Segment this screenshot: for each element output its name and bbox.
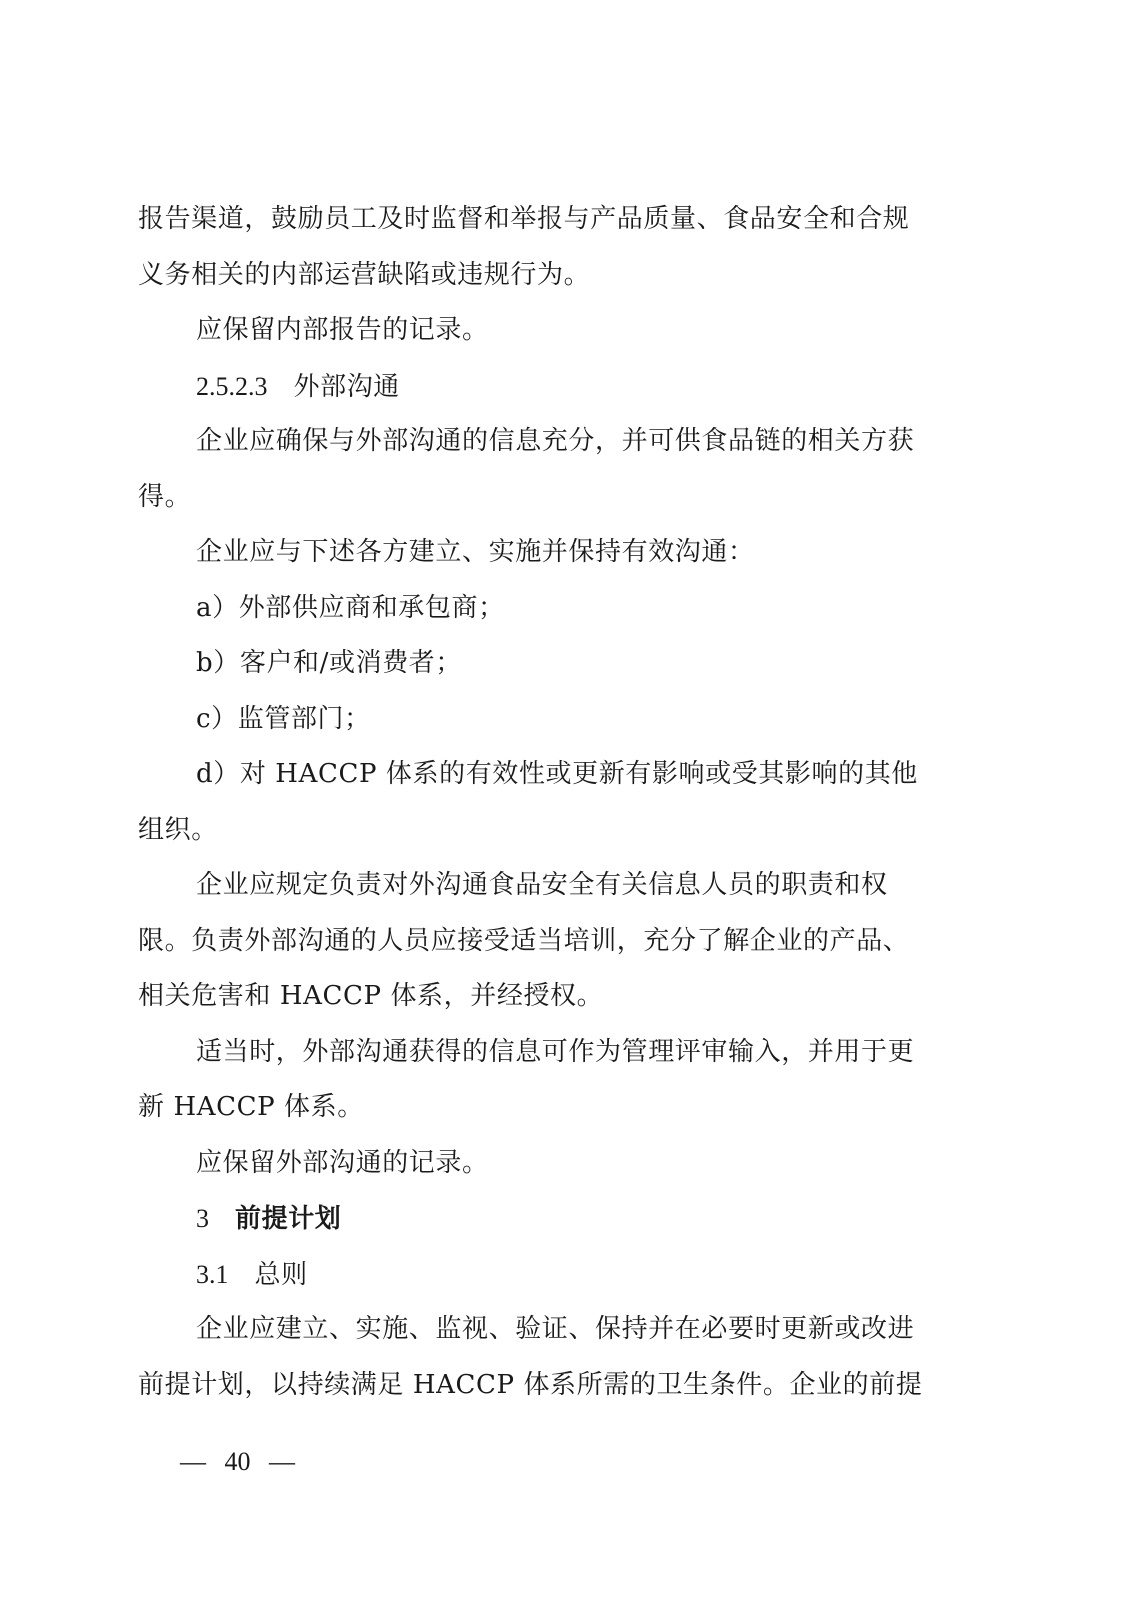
paragraph-line: 企业应与下述各方建立、实施并保持有效沟通： bbox=[138, 525, 972, 581]
paragraph-line: 报告渠道，鼓励员工及时监督和举报与产品质量、食品安全和合规 bbox=[138, 192, 972, 248]
list-item-b: b）客户和/或消费者； bbox=[138, 636, 972, 692]
paragraph-line: 应保留外部沟通的记录。 bbox=[138, 1136, 972, 1192]
section-number: 3.1 bbox=[196, 1260, 229, 1289]
page-footer: — 40 — bbox=[168, 1447, 307, 1477]
page-number: 40 bbox=[225, 1447, 251, 1476]
paragraph-line: 得。 bbox=[138, 470, 972, 526]
section-number: 2.5.2.3 bbox=[196, 372, 268, 401]
section-title: 外部沟通 bbox=[294, 372, 400, 402]
paragraph-line: 组织。 bbox=[138, 803, 972, 859]
paragraph-line: 相关危害和 HACCP 体系，并经授权。 bbox=[138, 969, 972, 1025]
list-item-a: a）外部供应商和承包商； bbox=[138, 581, 972, 637]
list-item-d: d）对 HACCP 体系的有效性或更新有影响或受其影响的其他 bbox=[138, 747, 972, 803]
section-title: 前提计划 bbox=[235, 1204, 341, 1234]
section-heading-3: 3前提计划 bbox=[138, 1191, 972, 1247]
paragraph-line: 应保留内部报告的记录。 bbox=[138, 303, 972, 359]
section-heading-3-1: 3.1总则 bbox=[138, 1247, 972, 1303]
footer-dash-left: — bbox=[180, 1447, 206, 1477]
section-number: 3 bbox=[196, 1204, 209, 1233]
paragraph-line: 新 HACCP 体系。 bbox=[138, 1080, 972, 1136]
section-heading-2-5-2-3: 2.5.2.3外部沟通 bbox=[138, 359, 972, 415]
paragraph-line: 限。负责外部沟通的人员应接受适当培训，充分了解企业的产品、 bbox=[138, 914, 972, 970]
paragraph-line: 适当时，外部沟通获得的信息可作为管理评审输入，并用于更 bbox=[138, 1025, 972, 1081]
paragraph-line: 企业应规定负责对外沟通食品安全有关信息人员的职责和权 bbox=[138, 858, 972, 914]
paragraph-line: 前提计划，以持续满足 HACCP 体系所需的卫生条件。企业的前提 bbox=[138, 1358, 972, 1414]
paragraph-line: 企业应确保与外部沟通的信息充分，并可供食品链的相关方获 bbox=[138, 414, 972, 470]
document-body: 报告渠道，鼓励员工及时监督和举报与产品质量、食品安全和合规 义务相关的内部运营缺… bbox=[138, 192, 972, 1413]
footer-dash-right: — bbox=[269, 1447, 295, 1477]
paragraph-line: 义务相关的内部运营缺陷或违规行为。 bbox=[138, 248, 972, 304]
list-item-c: c）监管部门； bbox=[138, 692, 972, 748]
section-title: 总则 bbox=[255, 1260, 308, 1290]
paragraph-line: 企业应建立、实施、监视、验证、保持并在必要时更新或改进 bbox=[138, 1302, 972, 1358]
